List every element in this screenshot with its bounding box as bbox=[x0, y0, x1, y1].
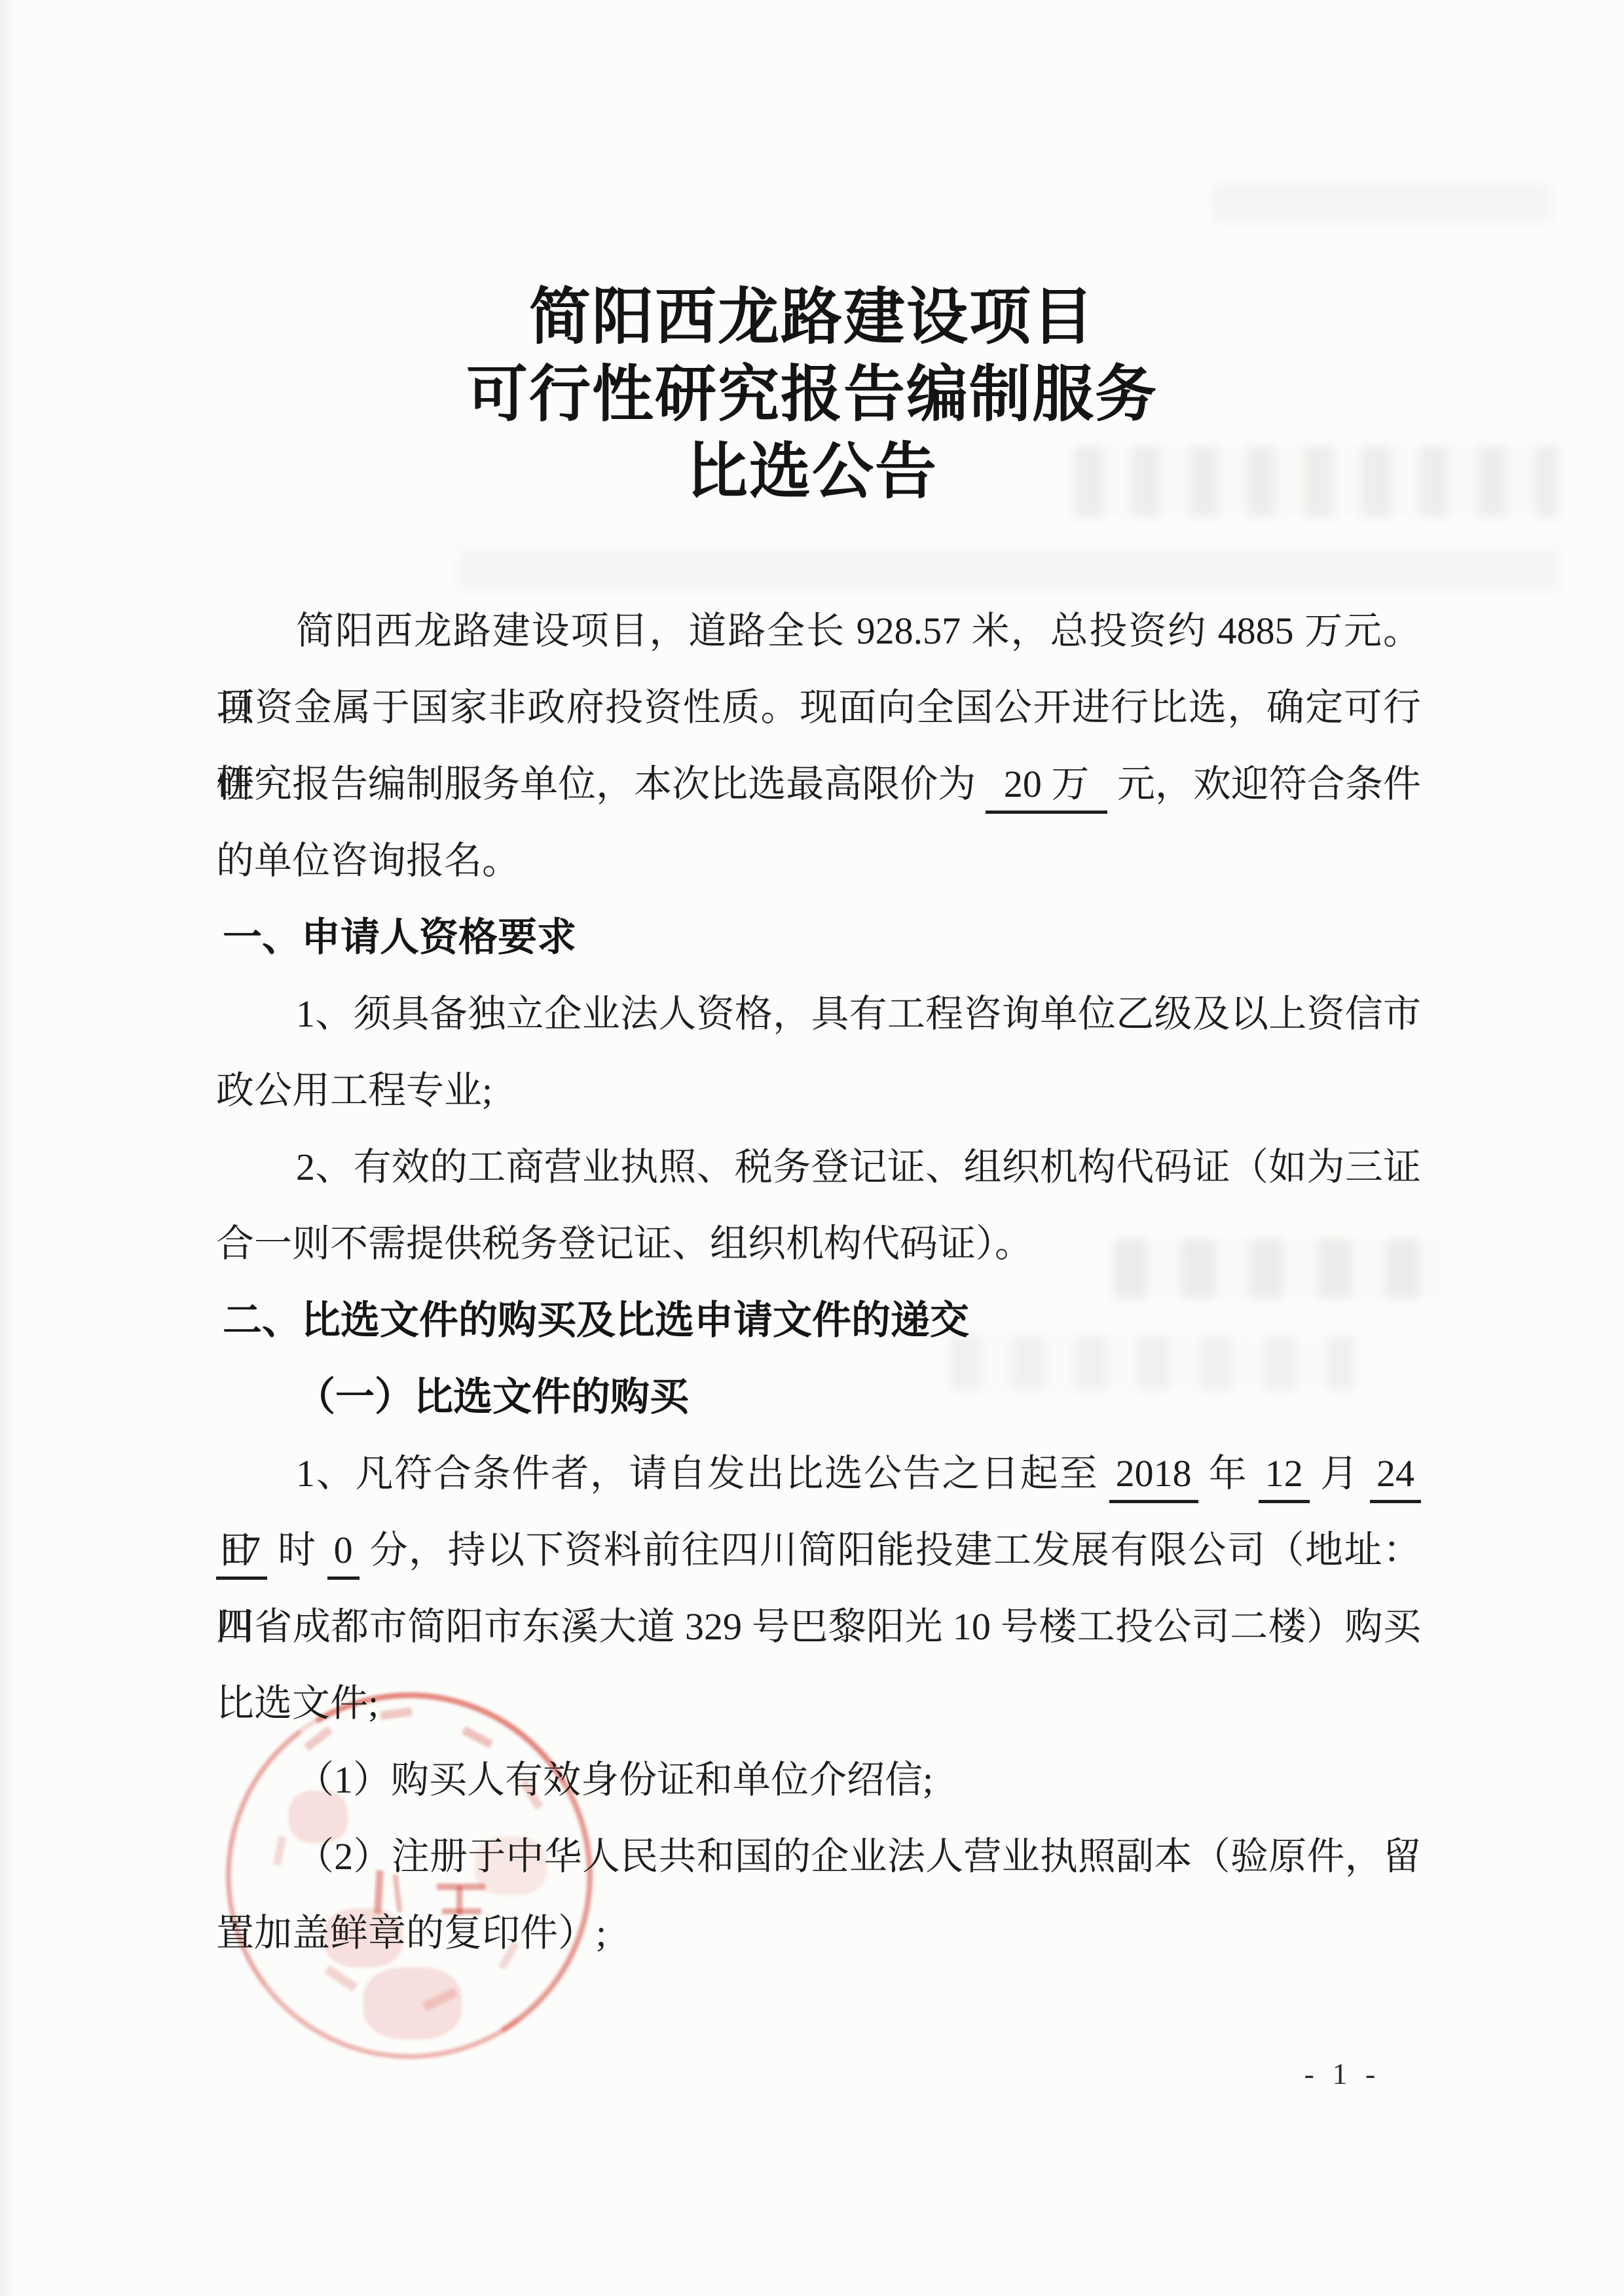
intro-line-1: 简阳西龙路建设项目，道路全长 928.57 米，总投资约 4885 万元。项 bbox=[216, 592, 1421, 669]
required-doc-1: （1）购买人有效身份证和单位介绍信; bbox=[216, 1741, 1421, 1818]
document-body: 简阳西龙路建设项目，道路全长 928.57 米，总投资约 4885 万元。项 目… bbox=[216, 592, 1421, 1971]
section1-heading: 一、申请人资格要求 bbox=[216, 899, 1421, 975]
deadline-month-unit: 月 bbox=[1310, 1452, 1370, 1495]
section1-item1-line2: 政公用工程专业; bbox=[216, 1052, 1421, 1129]
intro-line-3-text: 研究报告编制服务单位，本次比选最高限价为 bbox=[216, 763, 986, 805]
deadline-day-underlined: 24 bbox=[1370, 1452, 1421, 1503]
intro-line-3: 研究报告编制服务单位，本次比选最高限价为 20 万 元，欢迎符合条件 bbox=[216, 746, 1421, 822]
deadline-hour-underlined: 17 bbox=[216, 1529, 267, 1580]
section2-sub-heading: （一）比选文件的购买 bbox=[216, 1358, 1421, 1435]
intro-line-3-tail: 元，欢迎符合条件 bbox=[1107, 763, 1421, 805]
page-number: - 1 - bbox=[1270, 2048, 1414, 2100]
intro-line-4: 的单位咨询报名。 bbox=[216, 822, 1421, 899]
deadline-hour-unit: 时 bbox=[267, 1529, 327, 1571]
required-doc-2-line1: （2）注册于中华人民共和国的企业法人营业执照副本（验原件，留 bbox=[216, 1818, 1421, 1895]
deadline-text: 1、凡符合条件者，请自发出比选公告之日起至 bbox=[296, 1452, 1109, 1495]
deadline-month-underlined: 12 bbox=[1259, 1452, 1310, 1503]
intro-line-2: 目资金属于国家非政府投资性质。现面向全国公开进行比选，确定可行性 bbox=[216, 669, 1421, 746]
scan-smudge-top bbox=[1211, 183, 1552, 223]
document-title: 简阳西龙路建设项目 可行性研究报告编制服务 比选公告 bbox=[0, 278, 1624, 510]
title-line-2: 可行性研究报告编制服务 bbox=[0, 355, 1624, 433]
purchase-address-line: 川省成都市简阳市东溪大道 329 号巴黎阳光 10 号楼工投公司二楼）购买 bbox=[216, 1588, 1421, 1665]
section1-item1-line1: 1、须具备独立企业法人资格，具有工程咨询单位乙级及以上资信市 bbox=[216, 975, 1421, 1052]
title-line-3: 比选公告 bbox=[0, 433, 1624, 510]
scanned-document-page: 简阳西龙路建设项目 可行性研究报告编制服务 比选公告 简阳西龙路建设项目，道路全… bbox=[0, 0, 1624, 2296]
scan-smudge-band bbox=[458, 549, 1559, 591]
title-line-1: 简阳西龙路建设项目 bbox=[0, 278, 1624, 355]
required-doc-2-line2: 置加盖鲜章的复印件）; bbox=[216, 1895, 1421, 1971]
deadline-year-underlined: 2018 bbox=[1109, 1452, 1198, 1503]
stamp-ink-blob bbox=[363, 1967, 462, 2039]
purchase-tail-line: 比选文件; bbox=[216, 1665, 1421, 1741]
purchase-deadline-line-1: 1、凡符合条件者，请自发出比选公告之日起至 2018 年 12 月 24 日 bbox=[216, 1435, 1421, 1512]
purchase-deadline-line-2: 17 时 0 分，持以下资料前往四川简阳能投建工发展有限公司（地址：四 bbox=[216, 1512, 1421, 1588]
section2-heading: 二、比选文件的购买及比选申请文件的递交 bbox=[216, 1282, 1421, 1358]
deadline-year-unit: 年 bbox=[1198, 1452, 1259, 1495]
max-price-underlined-value: 20 万 bbox=[986, 763, 1108, 814]
deadline-minute-underlined: 0 bbox=[327, 1529, 360, 1580]
section1-item2-line2: 合一则不需提供税务登记证、组织机构代码证）。 bbox=[216, 1205, 1421, 1282]
section1-item2-line1: 2、有效的工商营业执照、税务登记证、组织机构代码证（如为三证 bbox=[216, 1129, 1421, 1205]
